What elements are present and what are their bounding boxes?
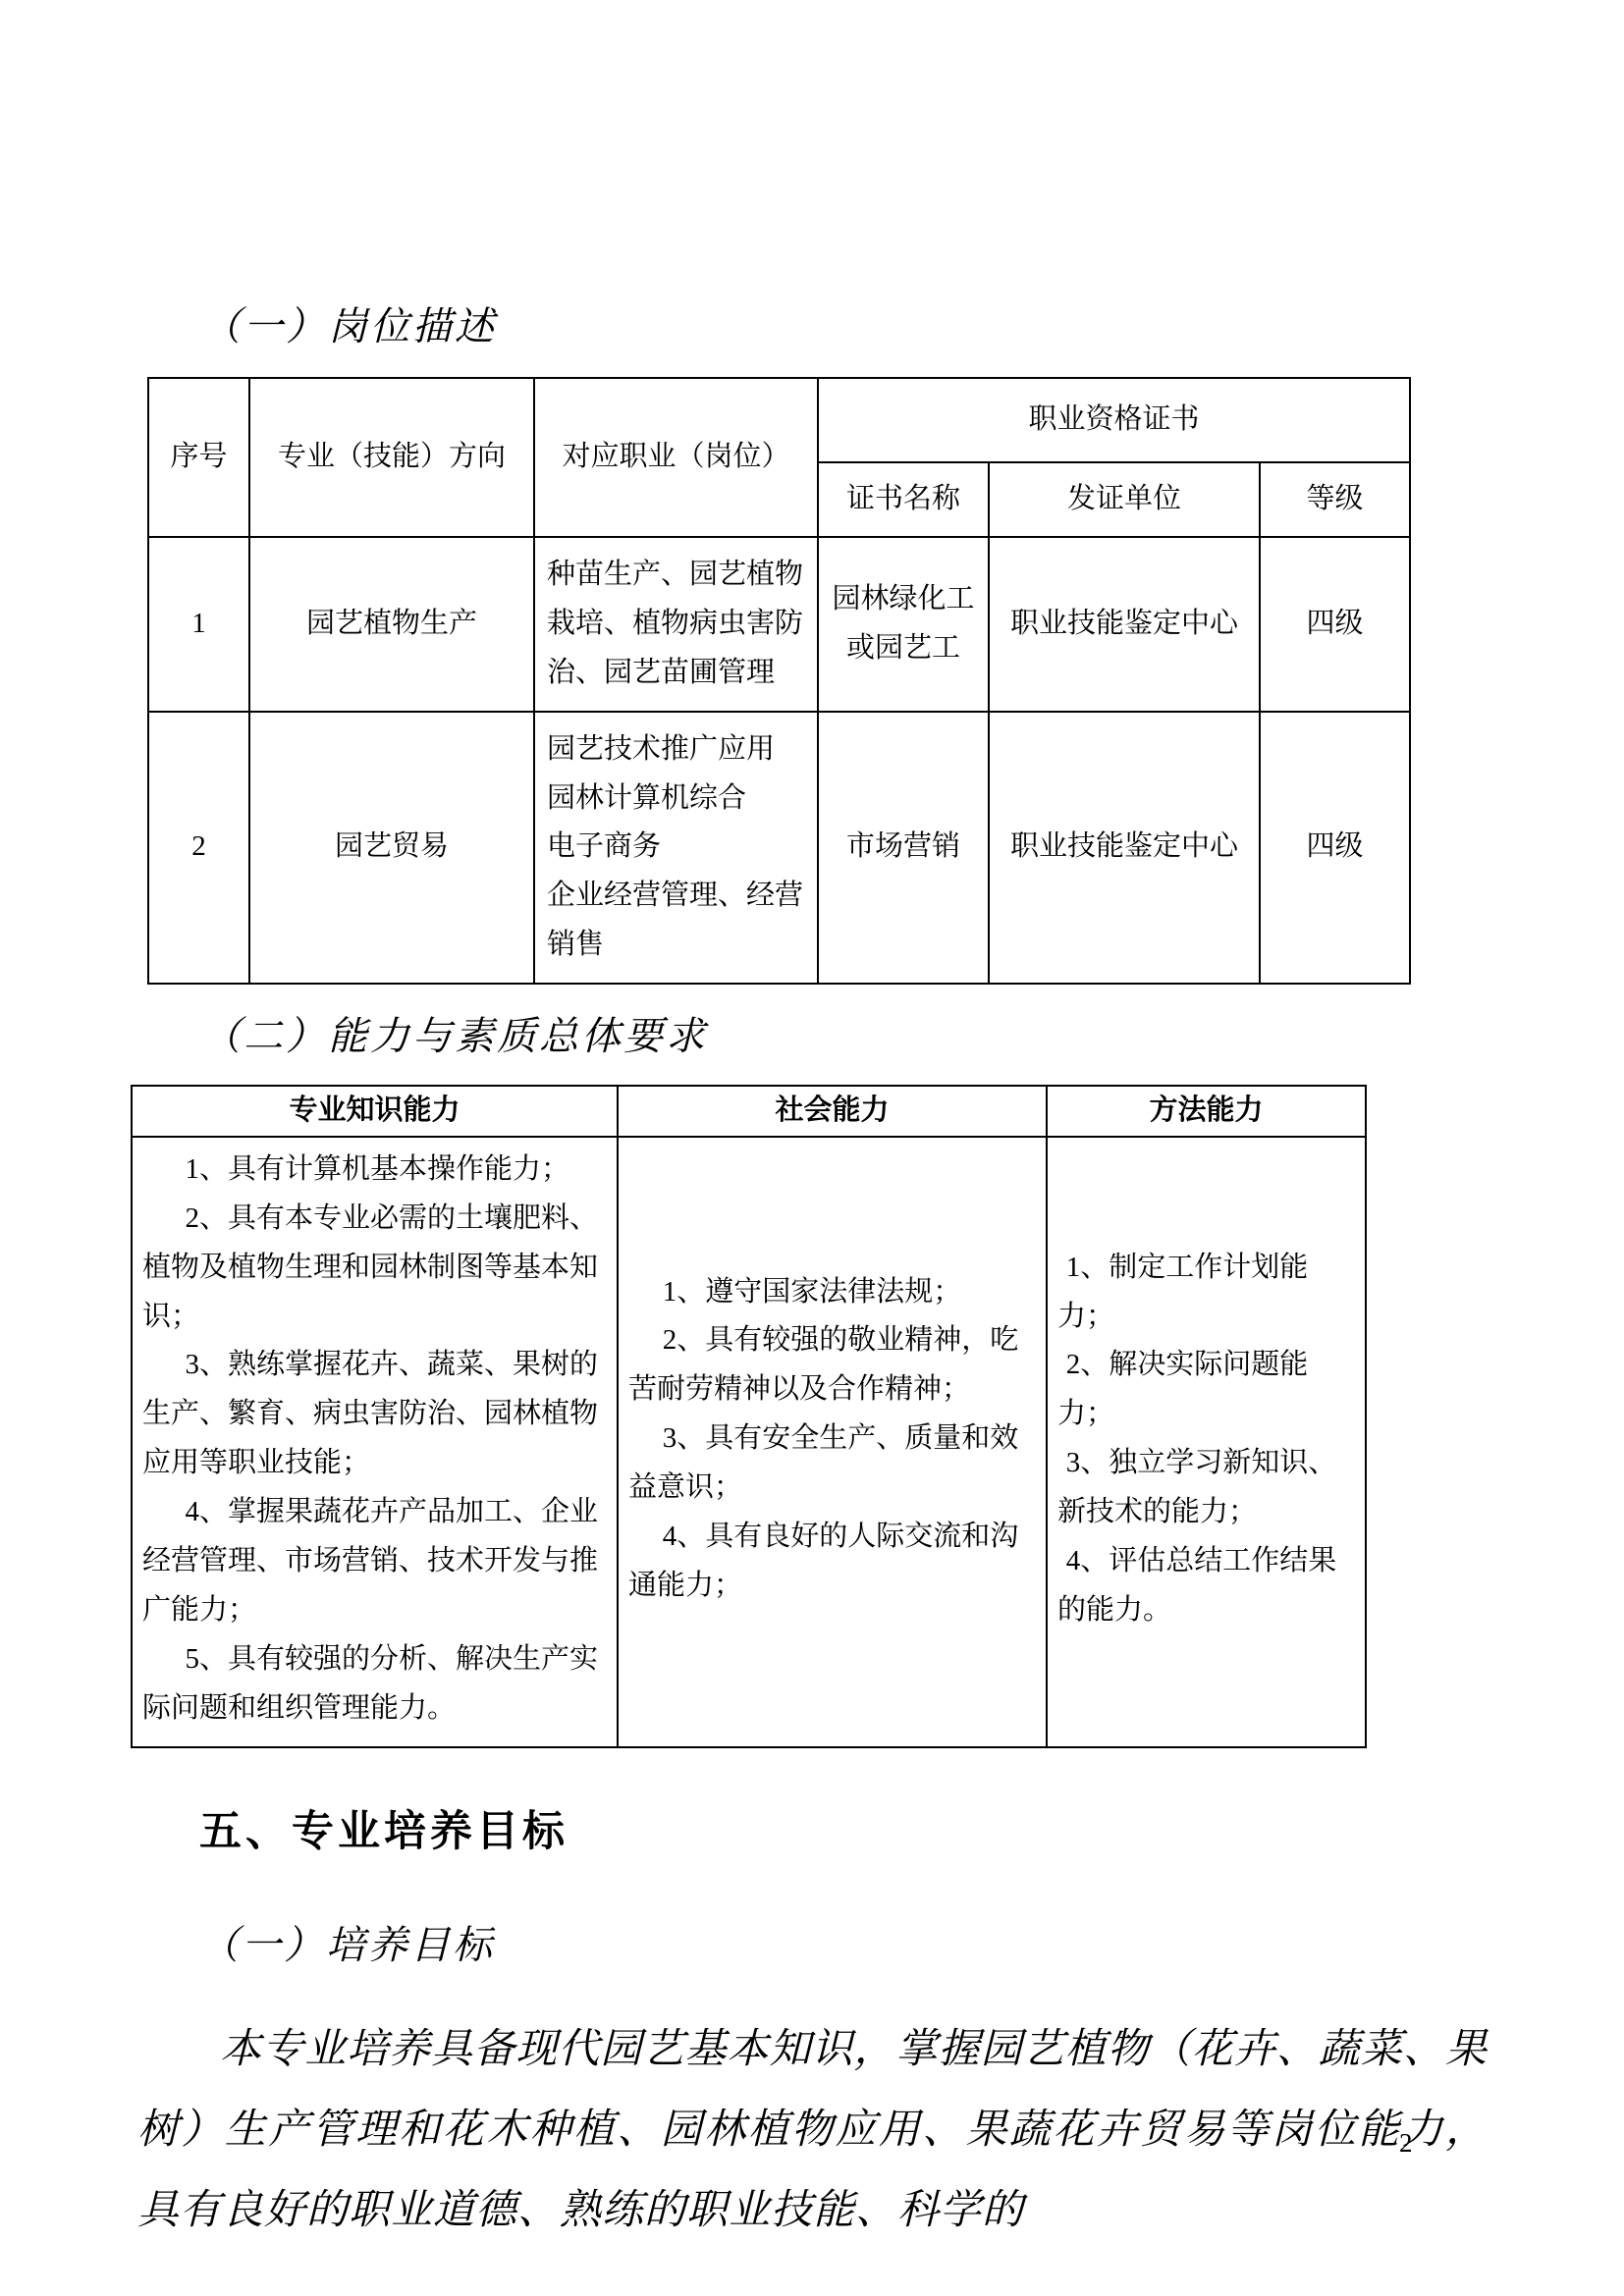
professional-ability-cell: 1、具有计算机基本操作能力； 2、具有本专业必需的土壤肥料、植物及植物生理和园林… — [132, 1137, 618, 1748]
header-professional-ability: 专业知识能力 — [132, 1086, 618, 1137]
header-level: 等级 — [1260, 462, 1410, 537]
chapter-heading-training-objectives: 五、专业培养目标 — [199, 1807, 1624, 1858]
row2-position: 园艺技术推广应用 园林计算机综合 电子商务 企业经营管理、经营销售 — [534, 712, 818, 984]
list-item: 4、具有良好的人际交流和沟通能力； — [628, 1513, 1036, 1611]
header-issuer: 发证单位 — [989, 462, 1260, 537]
row1-position: 种苗生产、园艺植物栽培、植物病虫害防治、园艺苗圃管理 — [534, 537, 818, 712]
row2-direction: 园艺贸易 — [249, 712, 534, 984]
header-social-ability: 社会能力 — [618, 1086, 1047, 1137]
table-row: 1 园艺植物生产 种苗生产、园艺植物栽培、植物病虫害防治、园艺苗圃管理 园林绿化… — [148, 537, 1410, 712]
list-item: 2、解决实际问题能力； — [1057, 1341, 1355, 1439]
ability-requirements-table: 专业知识能力 社会能力 方法能力 1、具有计算机基本操作能力； 2、具有本专业必… — [131, 1085, 1367, 1748]
training-goal-paragraph: 本专业培养具备现代园艺基本知识，掌握园艺植物（花卉、蔬菜、果树）生产管理和花木种… — [137, 2009, 1488, 2251]
section-heading-job-description: （一）岗位描述 — [201, 302, 1624, 351]
job-table-header-row-1: 序号 专业（技能）方向 对应职业（岗位） 职业资格证书 — [148, 378, 1410, 462]
list-item: 3、熟练掌握花卉、蔬菜、果树的生产、繁育、病虫害防治、园林植物应用等职业技能； — [142, 1341, 607, 1488]
table-row: 2 园艺贸易 园艺技术推广应用 园林计算机综合 电子商务 企业经营管理、经营销售… — [148, 712, 1410, 984]
ability-table-body-row: 1、具有计算机基本操作能力； 2、具有本专业必需的土壤肥料、植物及植物生理和园林… — [132, 1137, 1366, 1748]
ability-table-header-row: 专业知识能力 社会能力 方法能力 — [132, 1086, 1366, 1137]
row1-level: 四级 — [1260, 537, 1410, 712]
header-cert-name: 证书名称 — [818, 462, 989, 537]
job-positions-table: 序号 专业（技能）方向 对应职业（岗位） 职业资格证书 证书名称 发证单位 等级… — [147, 377, 1411, 985]
social-ability-cell: 1、遵守国家法律法规； 2、具有较强的敬业精神，吃苦耐劳精神以及合作精神； 3、… — [618, 1137, 1047, 1748]
header-method-ability: 方法能力 — [1047, 1086, 1366, 1137]
list-item: 3、具有安全生产、质量和效益意识； — [628, 1415, 1036, 1513]
section-heading-ability-requirements: （二）能力与素质总体要求 — [201, 1012, 1624, 1061]
row1-no: 1 — [148, 537, 249, 712]
list-item: 5、具有较强的分析、解决生产实际问题和组织管理能力。 — [142, 1635, 607, 1734]
section-heading-training-goal: （一）培养目标 — [199, 1921, 1624, 1970]
list-item: 3、独立学习新知识、新技术的能力； — [1057, 1439, 1355, 1537]
row1-cert-name: 园林绿化工或园艺工 — [818, 537, 989, 712]
row2-cert-name: 市场营销 — [818, 712, 989, 984]
row2-level: 四级 — [1260, 712, 1410, 984]
list-item: 1、具有计算机基本操作能力； — [142, 1146, 607, 1195]
row2-issuer: 职业技能鉴定中心 — [989, 712, 1260, 984]
document-page: （一）岗位描述 序号 专业（技能）方向 对应职业（岗位） 职业资格证书 证书名称… — [0, 0, 1624, 2296]
list-item: 4、评估总结工作结果的能力。 — [1057, 1537, 1355, 1635]
list-item: 2、具有较强的敬业精神，吃苦耐劳精神以及合作精神； — [628, 1316, 1036, 1415]
page-number: 2 — [1399, 2128, 1413, 2159]
list-item: 1、制定工作计划能力； — [1057, 1244, 1355, 1342]
header-position: 对应职业（岗位） — [534, 378, 818, 537]
list-item: 1、遵守国家法律法规； — [628, 1268, 1036, 1317]
header-no: 序号 — [148, 378, 249, 537]
row2-no: 2 — [148, 712, 249, 984]
list-item: 2、具有本专业必需的土壤肥料、植物及植物生理和园林制图等基本知识； — [142, 1195, 607, 1342]
list-item: 4、掌握果蔬花卉产品加工、企业经营管理、市场营销、技术开发与推广能力； — [142, 1488, 607, 1635]
row1-issuer: 职业技能鉴定中心 — [989, 537, 1260, 712]
row1-direction: 园艺植物生产 — [249, 537, 534, 712]
method-ability-cell: 1、制定工作计划能力； 2、解决实际问题能力； 3、独立学习新知识、新技术的能力… — [1047, 1137, 1366, 1748]
header-direction: 专业（技能）方向 — [249, 378, 534, 537]
header-cert-group: 职业资格证书 — [818, 378, 1410, 462]
